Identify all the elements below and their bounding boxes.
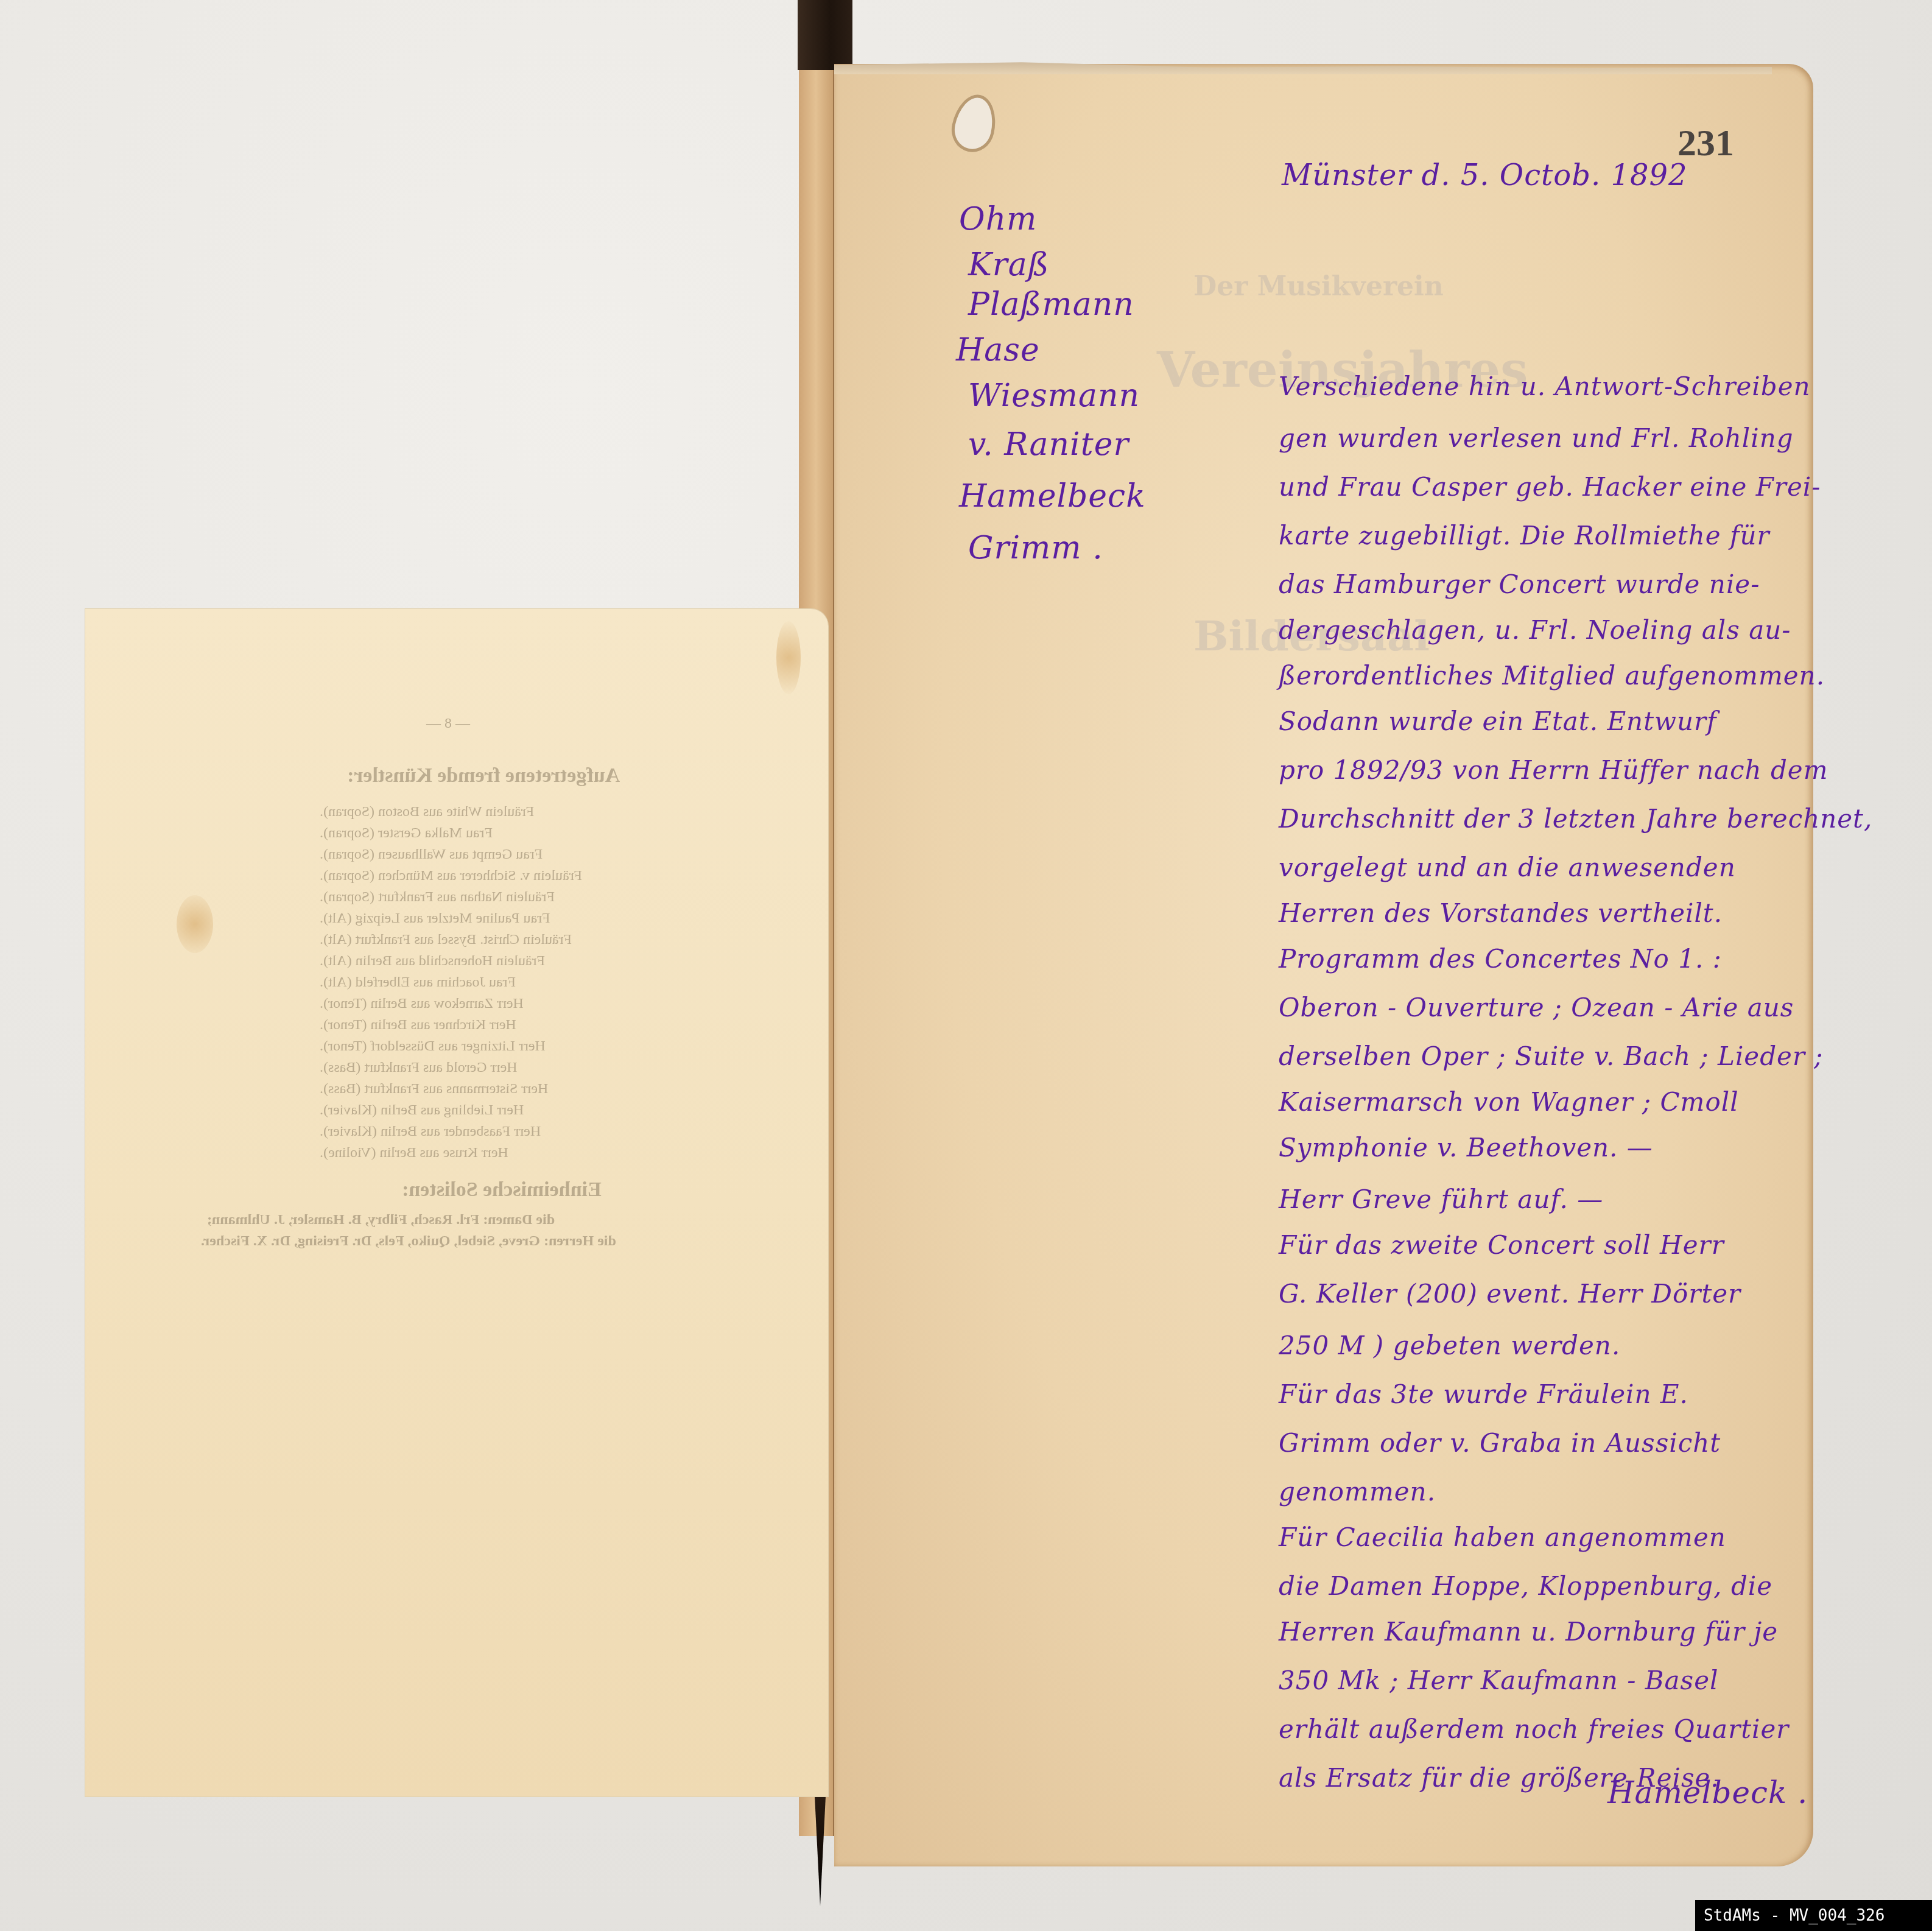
insert-heading-local-soloists: Einheimische Solisten: [402,1178,602,1201]
minutes-line: Herren des Vorstandes vertheilt. [1279,898,1723,928]
minutes-line: die Damen Hoppe, Kloppenburg, die [1279,1571,1772,1601]
insert-list-item: Herr Liebling aus Berlin (Klavier). [320,1102,524,1119]
minutes-line: Programm des Concertes No 1. : [1279,944,1722,974]
insert-list-item: Frau Joachim aus Elberfeld (Alt). [320,974,516,991]
insert-list-item: Fräulein Nathan aus Frankfurt (Sopran). [320,889,555,906]
signature: Hamelbeck . [1607,1775,1808,1810]
insert-list-item: Fräulein v. Sichherer aus München (Sopra… [320,868,582,884]
insert-page-marker: — 8 — [426,716,470,732]
minutes-line: pro 1892/93 von Herrn Hüffer nach dem [1279,755,1828,785]
book-spine-top [798,0,852,70]
minutes-line: 350 Mk ; Herr Kaufmann - Basel [1279,1665,1718,1695]
foxing-stain [776,621,801,694]
insert-list-item: Herr Litzinger aus Düsseldorf (Tenor). [320,1038,546,1055]
minutes-line: G. Keller (200) event. Herr Dörter [1279,1279,1741,1309]
insert-list-item: Herr Gerold aus Frankfurt (Bass). [320,1060,518,1076]
insert-list-item: Fräulein White aus Boston (Sopran). [320,804,534,820]
minutes-line: Durchschnitt der 3 letzten Jahre berechn… [1279,804,1872,834]
minutes-line: erhält außerdem noch freies Quartier [1279,1714,1789,1744]
minutes-line: karte zugebilligt. Die Rollmiethe für [1279,521,1770,550]
minutes-line: Für das zweite Concert soll Herr [1279,1230,1724,1260]
meeting-date: Münster d. 5. Octob. 1892 [1282,158,1688,192]
insert-list-item: Herr Faasbender aus Berlin (Klavier). [320,1124,541,1140]
minutes-line: genommen. [1279,1477,1436,1507]
insert-list-item: die Herren: Greve, Siebel, Quiko, Fels, … [201,1233,616,1250]
minutes-line: Symphonie v. Beethoven. — [1279,1133,1653,1162]
minutes-line: Sodann wurde ein Etat. Entwurf [1279,706,1717,736]
minutes-line: gen wurden verlesen und Frl. Rohling [1279,423,1794,453]
minutes-line: dergeschlagen, u. Frl. Noeling als au- [1279,615,1791,645]
minutes-line: Herren Kaufmann u. Dornburg für je [1279,1617,1778,1647]
minutes-line: Für Caecilia haben angenommen [1279,1522,1726,1552]
insert-list-item: Herr Kirchner aus Berlin (Tenor). [320,1017,516,1033]
minutes-line: Kaisermarsch von Wagner ; Cmoll [1279,1087,1739,1117]
foxing-stain [177,895,213,953]
minutes-line: ßerordentliches Mitglied aufgenommen. [1279,661,1825,691]
insert-list-item: die Damen: Frl. Rasch, Filbry, B. Hamsle… [207,1212,555,1228]
minutes-line: Für das 3te wurde Fräulein E. [1279,1379,1688,1409]
minutes-line: derselben Oper ; Suite v. Bach ; Lieder … [1279,1041,1824,1071]
insert-list-item: Frau Gempt aus Wallhausen (Sopran). [320,846,543,863]
minutes-line: Herr Greve führt auf. — [1279,1184,1603,1214]
insert-list-item: Herr Kruse aus Berlin (Violine). [320,1145,508,1161]
attendee-name: Wiesmann [968,378,1140,414]
insert-list-item: Fräulein Christ. Byssel aus Frankfurt (A… [320,932,572,948]
attendee-name: Hamelbeck [959,478,1146,515]
attendee-name: Plaßmann [968,286,1134,323]
insert-list-item: Fräulein Hohenschild aus Berlin (Alt). [320,953,545,969]
minutes-line: Verschiedene hin u. Antwort-Schreiben [1279,371,1811,401]
minutes-line: das Hamburger Concert wurde nie- [1279,569,1760,599]
minutes-line: und Frau Casper geb. Hacker eine Frei- [1279,472,1821,502]
attendee-name: Kraß [968,247,1049,283]
minutes-line: 250 M ) gebeten werden. [1279,1331,1620,1360]
archive-reference-label: StdAMs - MV_004_326 [1695,1900,1932,1931]
insert-heading-foreign-artists: Aufgetretene fremde Künstler: [347,764,620,787]
attendee-name: Ohm [959,201,1037,237]
minutes-line: Grimm oder v. Graba in Aussicht [1279,1428,1721,1458]
insert-list-item: Frau Malka Gerster (Sopran). [320,825,493,842]
attendee-name: v. Raniter [968,426,1129,463]
insert-list-item: Herr Zarnekow aus Berlin (Tenor). [320,996,524,1012]
attendee-name: Grimm . [968,530,1103,566]
attendee-name: Hase [956,332,1040,368]
insert-list-item: Frau Pauline Metzler aus Leipzig (Alt). [320,910,550,927]
minutes-line: Oberon - Ouverture ; Ozean - Arie aus [1279,993,1794,1022]
minutes-line: vorgelegt und an die anwesenden [1279,853,1736,882]
insert-list-item: Herr Sistermanns aus Frankfurt (Bass). [320,1081,548,1097]
bleed-through-text: Der Musikverein [1193,271,1444,302]
